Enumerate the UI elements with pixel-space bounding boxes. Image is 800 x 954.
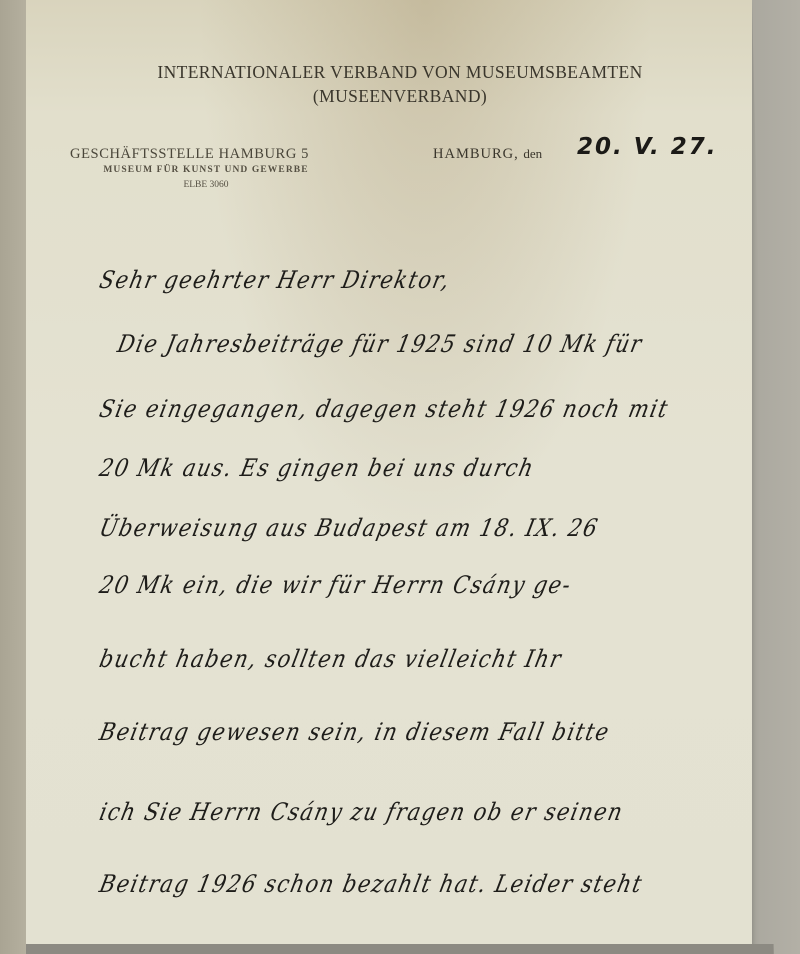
letter-line: Sie eingegangen, dagegen steht 1926 noch… <box>97 395 753 423</box>
letter-line: Beitrag gewesen sein, in diesem Fall bit… <box>97 718 753 746</box>
letter-line: 20 Mk aus. Es gingen bei uns durch <box>97 454 753 482</box>
place-name: HAMBURG, <box>433 146 519 162</box>
office-address: GESCHÄFTSSTELLE HAMBURG 5 <box>70 146 309 163</box>
letter-line: Die Jahresbeiträge für 1925 sind 10 Mk f… <box>115 330 771 358</box>
letter-line: Überweisung aus Budapest am 18. IX. 26 <box>97 514 753 542</box>
letterhead-subtitle: (MUSEENVERBAND) <box>0 86 800 107</box>
museum-name: MUSEUM FÜR KUNST UND GEWERBE <box>70 165 342 175</box>
phone-number: ELBE 3060 <box>70 180 342 190</box>
salutation: Sehr geehrter Herr Direktor, <box>97 266 753 294</box>
letter-line: Beitrag 1926 schon bezahlt hat. Leider s… <box>97 870 753 898</box>
den-label: den <box>523 146 542 161</box>
letter-line: bucht haben, sollten das vielleicht Ihr <box>97 645 753 673</box>
letter-line: 20 Mk ein, die wir für Herrn Csány ge- <box>97 571 753 599</box>
place-line: HAMBURG, den <box>433 146 542 163</box>
letter-line: ich Sie Herrn Csány zu fragen ob er sein… <box>97 798 753 826</box>
letterhead-organization: INTERNATIONALER VERBAND VON MUSEUMSBEAMT… <box>0 62 800 83</box>
handwritten-date: 20. V. 27. <box>577 134 717 160</box>
